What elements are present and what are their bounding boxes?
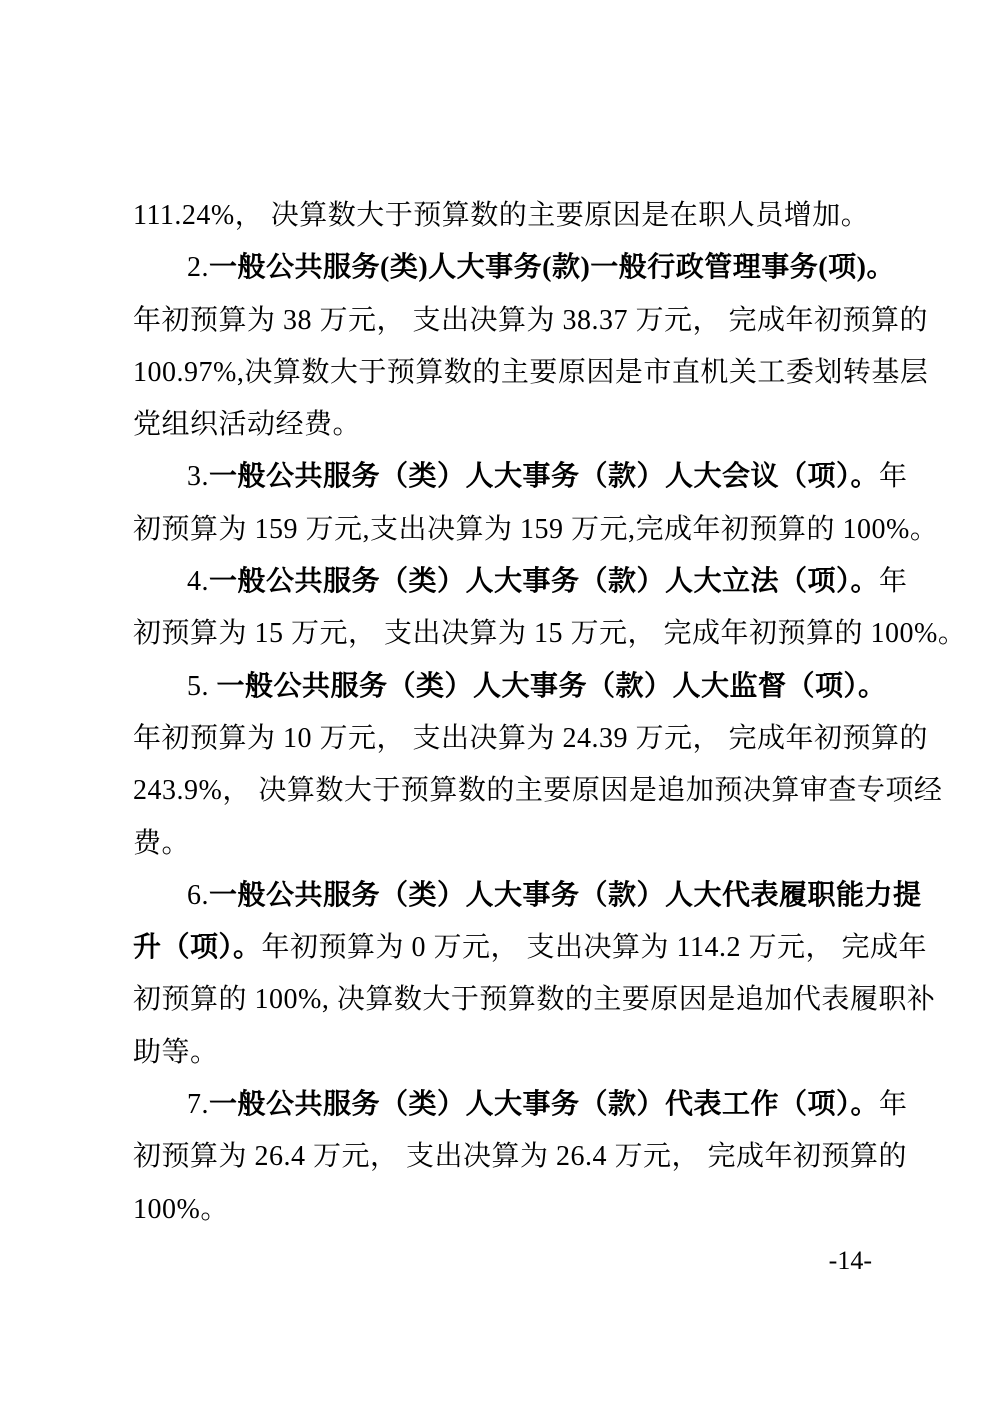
section-heading-line: 7.一般公共服务（类）人大事务（款）代表工作（项）。年 xyxy=(133,1079,880,1131)
body-text-run: 243.9%， 决算数大于预算数的主要原因是追加预决算审查专项经 xyxy=(133,775,942,806)
text-line: 年初预算为 10 万元， 支出决算为 24.39 万元， 完成年初预算的 xyxy=(133,713,880,765)
body-text-run: 初预算为 159 万元,支出决算为 159 万元,完成年初预算的 100%。 xyxy=(133,514,938,545)
body-text-run: 年初预算为 10 万元， 支出决算为 24.39 万元， 完成年初预算的 xyxy=(133,723,928,754)
body-text-run: 初预算为 26.4 万元， 支出决算为 26.4 万元， 完成年初预算的 xyxy=(133,1141,907,1172)
body-text-run: 年初预算为 38 万元， 支出决算为 38.37 万元， 完成年初预算的 xyxy=(133,305,928,336)
text-line: 100%。 xyxy=(133,1184,880,1236)
text-line: 243.9%， 决算数大于预算数的主要原因是追加预决算审查专项经 xyxy=(133,765,880,817)
section-number: 2. xyxy=(187,252,209,283)
body-text-run: 100.97%,决算数大于预算数的主要原因是市直机关工委划转基层 xyxy=(133,357,928,388)
section-heading-run: 一般公共服务（类）人大事务（款）人大代表履职能力提 xyxy=(209,880,922,911)
body-text-run: 年 xyxy=(879,461,908,492)
section-heading-line: 6.一般公共服务（类）人大事务（款）人大代表履职能力提 xyxy=(133,870,880,922)
section-number: 6. xyxy=(187,880,209,911)
body-text-run: 100%。 xyxy=(133,1194,229,1225)
section-heading-run: 一般公共服务（类）人大事务（款）人大监督（项）。 xyxy=(217,671,887,702)
section-heading-run: 一般公共服务（类）人大事务（款）人大立法（项）。 xyxy=(209,566,879,597)
body-text-run: 助等。 xyxy=(133,1037,219,1068)
document-page: 111.24%， 决算数大于预算数的主要原因是在职人员增加。 2.一般公共服务(… xyxy=(0,0,1000,1415)
section-heading-run: 一般公共服务(类)人大事务(款)一般行政管理事务(项)。 xyxy=(209,252,895,283)
section-number: 4. xyxy=(187,566,209,597)
text-line: 年初预算为 38 万元， 支出决算为 38.37 万元， 完成年初预算的 xyxy=(133,295,880,347)
section-number: 3. xyxy=(187,461,209,492)
body-text-run: 年 xyxy=(879,566,908,597)
body-text-run: 费。 xyxy=(133,828,190,859)
page-number: -14- xyxy=(829,1246,872,1276)
text-line: 初预算为 26.4 万元， 支出决算为 26.4 万元， 完成年初预算的 xyxy=(133,1131,880,1183)
body-text-run: 年 xyxy=(879,1089,908,1120)
section-number: 5. xyxy=(187,671,217,702)
section-number: 7. xyxy=(187,1089,209,1120)
body-text-run: 党组织活动经费。 xyxy=(133,409,361,440)
section-heading-run: 一般公共服务（类）人大事务（款）人大会议（项）。 xyxy=(209,461,879,492)
section-heading-line: 5. 一般公共服务（类）人大事务（款）人大监督（项）。 xyxy=(133,661,880,713)
document-body: 111.24%， 决算数大于预算数的主要原因是在职人员增加。 2.一般公共服务(… xyxy=(133,190,880,1236)
body-text-run: 年初预算为 0 万元， 支出决算为 114.2 万元， 完成年 xyxy=(262,932,927,963)
text-line: 111.24%， 决算数大于预算数的主要原因是在职人员增加。 xyxy=(133,190,880,242)
body-text-run: 初预算为 15 万元， 支出决算为 15 万元， 完成年初预算的 100%。 xyxy=(133,618,966,649)
text-line: 100.97%,决算数大于预算数的主要原因是市直机关工委划转基层 xyxy=(133,347,880,399)
body-text-run: 111.24%， 决算数大于预算数的主要原因是在职人员增加。 xyxy=(133,200,869,231)
text-line: 初预算的 100%, 决算数大于预算数的主要原因是追加代表履职补 xyxy=(133,974,880,1026)
text-line: 初预算为 159 万元,支出决算为 159 万元,完成年初预算的 100%。 xyxy=(133,504,880,556)
text-line: 助等。 xyxy=(133,1027,880,1079)
section-heading-line: 3.一般公共服务（类）人大事务（款）人大会议（项）。年 xyxy=(133,451,880,503)
text-line: 升（项）。年初预算为 0 万元， 支出决算为 114.2 万元， 完成年 xyxy=(133,922,880,974)
body-text-run: 初预算的 100%, 决算数大于预算数的主要原因是追加代表履职补 xyxy=(133,984,935,1015)
section-heading-line: 2.一般公共服务(类)人大事务(款)一般行政管理事务(项)。 xyxy=(133,242,880,294)
text-line: 费。 xyxy=(133,818,880,870)
section-heading-run: 一般公共服务（类）人大事务（款）代表工作（项）。 xyxy=(209,1089,879,1120)
text-line: 初预算为 15 万元， 支出决算为 15 万元， 完成年初预算的 100%。 xyxy=(133,608,880,660)
text-line: 党组织活动经费。 xyxy=(133,399,880,451)
section-heading-line: 4.一般公共服务（类）人大事务（款）人大立法（项）。年 xyxy=(133,556,880,608)
section-heading-run: 升（项）。 xyxy=(133,932,262,963)
